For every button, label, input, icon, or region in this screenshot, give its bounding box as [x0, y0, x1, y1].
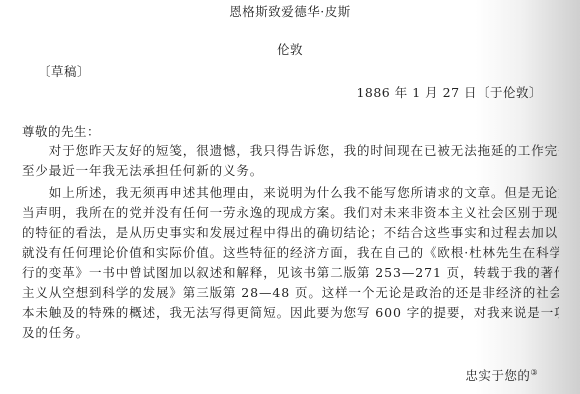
paragraph-1: 对于您昨天友好的短笺，很遗憾，我只得告诉您，我的时间现在已被无法拖延的工作完全占… [22, 141, 559, 181]
footnote-marker[interactable]: ③ [530, 368, 538, 377]
text-line: 行的变革》一书中曾试图加以叙述和解释，见该书第二版第 253—271 页，转载于… [22, 263, 559, 283]
draft-note: 〔草稿〕 [38, 64, 90, 80]
date-line: 1886 年 1 月 27 日〔于伦敦〕 [356, 85, 542, 101]
text-line: 主义从空想到科学的发展》第三版第 28—48 页。这样一个无论是政治的还是非经济… [22, 283, 559, 303]
text-line: 对于您昨天友好的短笺，很遗憾，我只得告诉您，我的时间现在已被无法拖延的工作完全占… [22, 141, 559, 161]
closing: 忠实于您的③ [465, 368, 538, 384]
paragraph-2: 如上所述，我无须再申述其他理由，来说明为什么我不能写您所请求的文章。但是无论如何… [22, 183, 559, 343]
text-line: 如上所述，我无须再申述其他理由，来说明为什么我不能写您所请求的文章。但是无论如何… [22, 183, 559, 203]
text-line: 至少最近一年我无法承担任何新的义务。 [22, 161, 559, 181]
letter-place: 伦敦 [0, 42, 580, 58]
text-line: 及的任务。 [22, 323, 559, 343]
text-line: 的特征的看法，是从历史事实和发展过程中得出的确切结论；不结合这些事实和过程去加以… [22, 223, 559, 243]
salutation: 尊敬的先生： [22, 124, 100, 140]
text-line: 本未触及的特殊的概述，我无法写得更简短。因此要为您写 600 字的提要，对我来说… [22, 303, 559, 323]
text-line: 就没有任何理论价值和实际价值。这些特征的经济方面，我在自己的《欧根·杜林先生在科… [22, 243, 559, 263]
text-line: 当声明，我所在的党并没有任何一劳永逸的现成方案。我们对未来非资本主义社会区别于现… [22, 203, 559, 223]
closing-text: 忠实于您的 [465, 368, 530, 383]
letter-title: 恩格斯致爱德华·皮斯 [0, 4, 580, 20]
letter-page: 恩格斯致爱德华·皮斯 伦敦 〔草稿〕 1886 年 1 月 27 日〔于伦敦〕 … [0, 0, 580, 394]
